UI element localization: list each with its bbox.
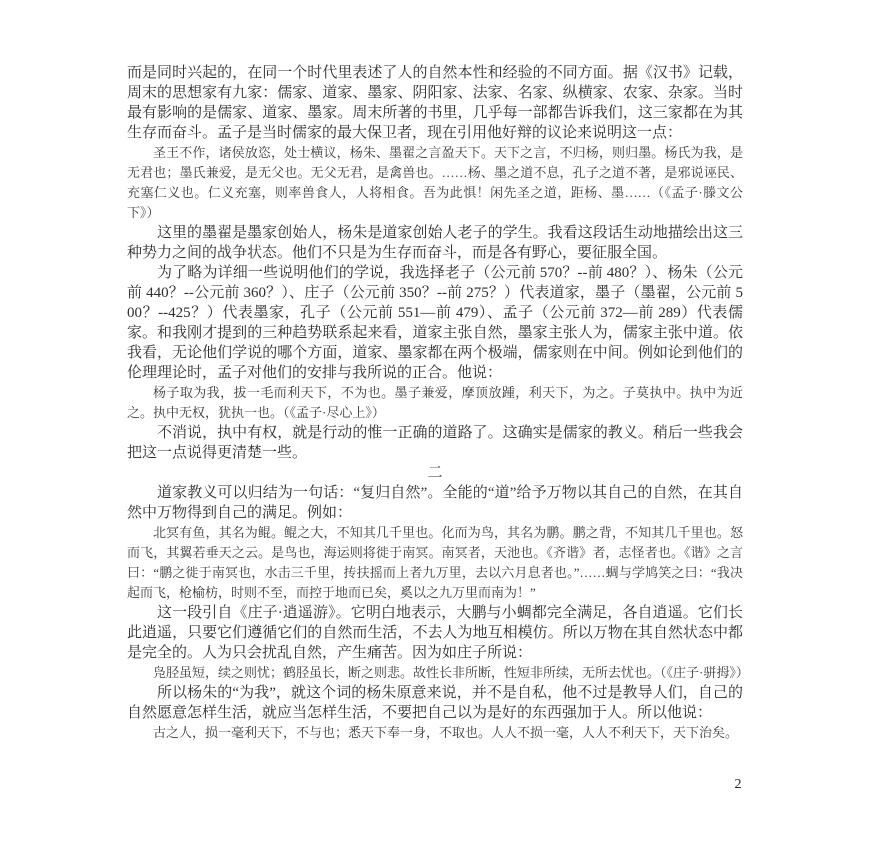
paragraph-war-of-three-forces: 这里的墨翟是墨家创始人，杨朱是道家创始人老子的学生。我看这段话生动地描绘出这三种… — [127, 223, 743, 263]
paragraph-middle-way: 不消说，执中有权，就是行动的惟一正确的道路了。这确实是儒家的教义。稍后一些我会把… — [127, 423, 743, 463]
text-area: 而是同时兴起的，在同一个时代里表述了人的自然本性和经验的不同方面。据《汉书》记载… — [127, 63, 743, 743]
paragraph-peng-and-cicada: 这一段引自《庄子·逍遥游》。它明白地表示，大鹏与小蜩都完全满足，各自逍遥。它们长… — [127, 603, 743, 663]
document-page: 而是同时兴起的，在同一个时代里表述了人的自然本性和经验的不同方面。据《汉书》记载… — [0, 0, 870, 842]
quote-mencius-jinxin: 杨子取为我，拔一毛而利天下，不为也。墨子兼爱，摩顶放踵，利天下，为之。子莫执中。… — [127, 383, 743, 423]
paragraph-yangzhu-for-self: 所以杨朱的“为我”，就这个词的杨朱原意来说，并不是自私，他不过是教导人们，自己的… — [127, 683, 743, 723]
quote-zhuangzi-pianmu: 凫胫虽短，续之则忧；鹤胫虽长，断之则悲。故性长非所断，性短非所续，无所去忧也。（… — [127, 663, 743, 683]
quote-mencius-tengwengong: 圣王不作，诸侯放恣，处士横议，杨朱、墨翟之言盈天下。天下之言，不归杨，则归墨。杨… — [127, 143, 743, 223]
paragraph-three-schools-intro: 而是同时兴起的，在同一个时代里表述了人的自然本性和经验的不同方面。据《汉书》记载… — [127, 63, 743, 143]
quote-zhuangzi-xiaoyaoyou: 北冥有鱼，其名为鲲。鲲之大，不知其几千里也。化而为鸟，其名为鹏。鹏之背，不知其几… — [127, 523, 743, 603]
section-heading-two: 二 — [127, 463, 743, 483]
page-number: 2 — [728, 775, 748, 795]
paragraph-philosophers-dates: 为了略为详细一些说明他们的学说，我选择老子（公元前 570？--前 480？）、… — [127, 263, 743, 383]
quote-liezi-yangzhu: 古之人，损一毫利天下，不与也；悉天下奉一身，不取也。人人不损一毫，人人不利天下，… — [127, 723, 743, 743]
paragraph-taoist-doctrine: 道家教义可以归结为一句话：“复归自然”。全能的“道”给予万物以其自己的自然，在其… — [127, 483, 743, 523]
